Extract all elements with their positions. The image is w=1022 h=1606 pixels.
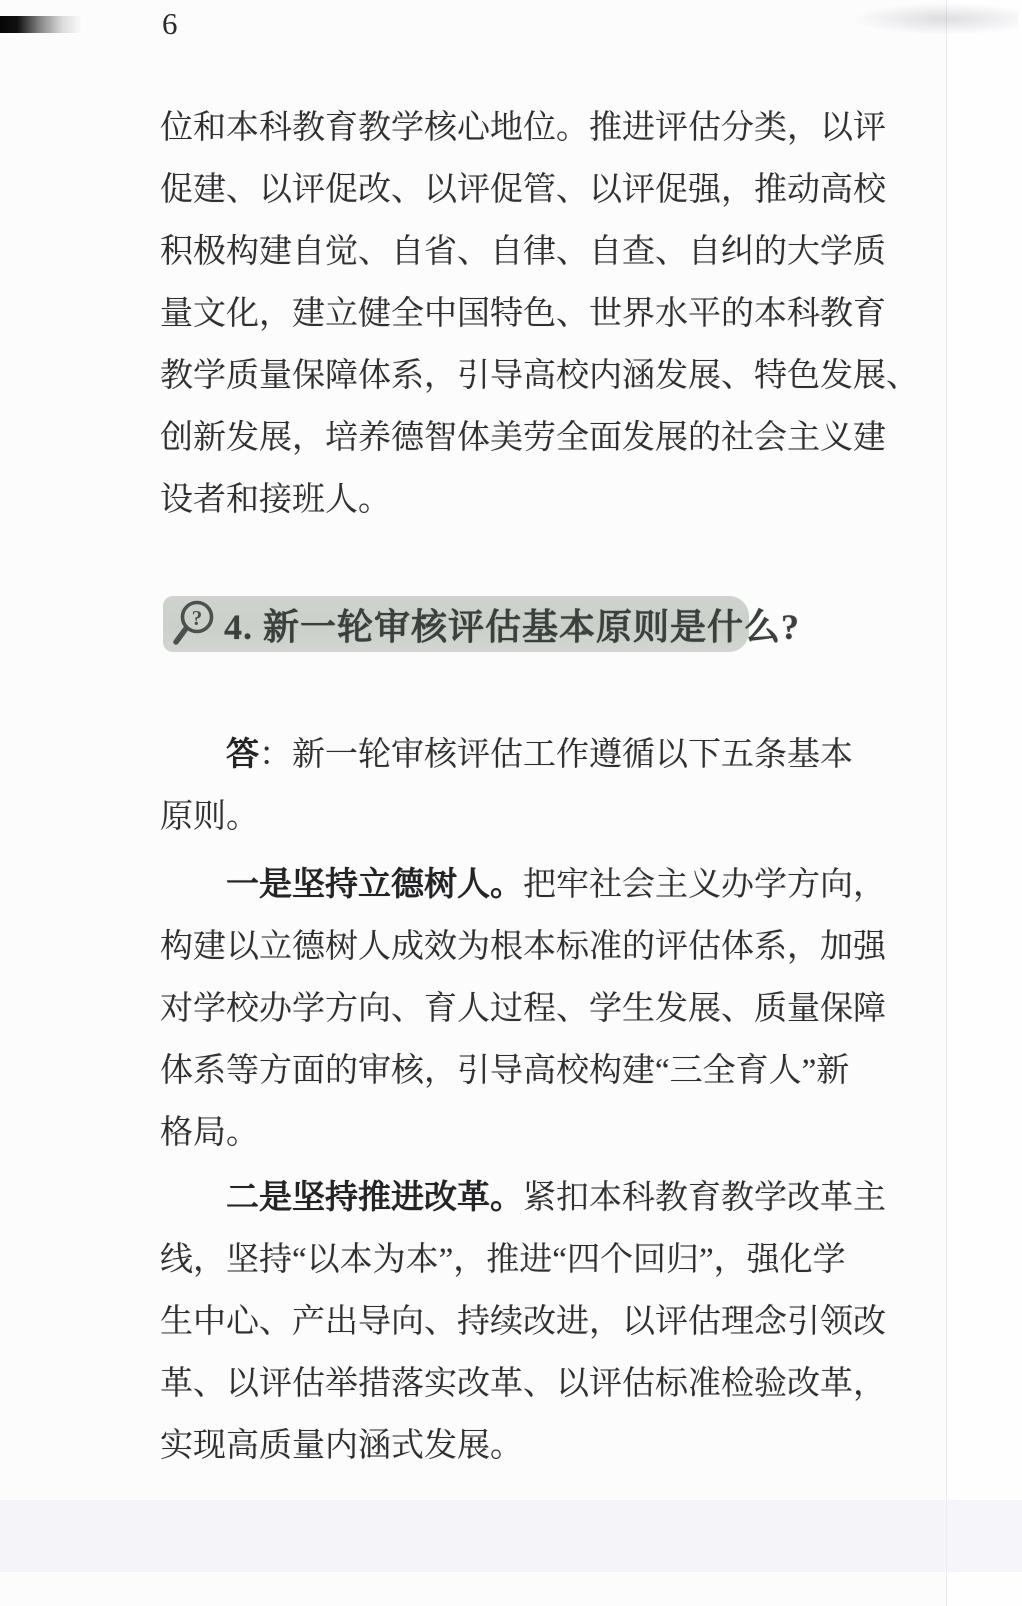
svg-text:?: ? [192, 606, 203, 630]
scan-page-edge [946, 0, 1022, 1606]
principle-2-label: 二是坚持推进改革。 [226, 1180, 523, 1216]
question-heading: ? 4. 新一轮审核评估基本原则是什么? [163, 596, 749, 652]
answer-label: 答 [226, 737, 259, 773]
magnifier-question-icon: ? [170, 598, 220, 650]
body-paragraph-continuation: 位和本科教育教学核心地位。推进评估分类，以评 促建、以评促改、以评促管、以评促强… [160, 97, 928, 531]
principle-1-text: 把牢社会主义办学方向， 构建以立德树人成效为根本标准的评估体系，加强 对学校办学… [160, 867, 886, 1151]
answer-paragraph-principle-1: 一是坚持立德树人。把牢社会主义办学方向， 构建以立德树人成效为根本标准的评估体系… [160, 854, 928, 1164]
page-number: 6 [162, 6, 178, 42]
answer-paragraph-principle-2: 二是坚持推进改革。紧扣本科教育教学改革主 线，坚持“以本为本”，推进“四个回归”… [160, 1167, 928, 1477]
scan-corner-artifact [0, 16, 96, 33]
answer-lead-text: ：新一轮审核评估工作遵循以下五条基本 原则。 [160, 737, 853, 835]
answer-paragraph-lead: 答：新一轮审核评估工作遵循以下五条基本 原则。 [160, 724, 928, 848]
scan-smudge-artifact [858, 4, 1018, 34]
question-title: 4. 新一轮审核评估基本原则是什么? [224, 599, 800, 650]
principle-1-label: 一是坚持立德树人。 [226, 867, 523, 903]
scan-bottom-artifact [0, 1500, 1022, 1572]
principle-2-text: 紧扣本科教育教学改革主 线，坚持“以本为本”，推进“四个回归”，强化学 生中心、… [160, 1180, 886, 1464]
